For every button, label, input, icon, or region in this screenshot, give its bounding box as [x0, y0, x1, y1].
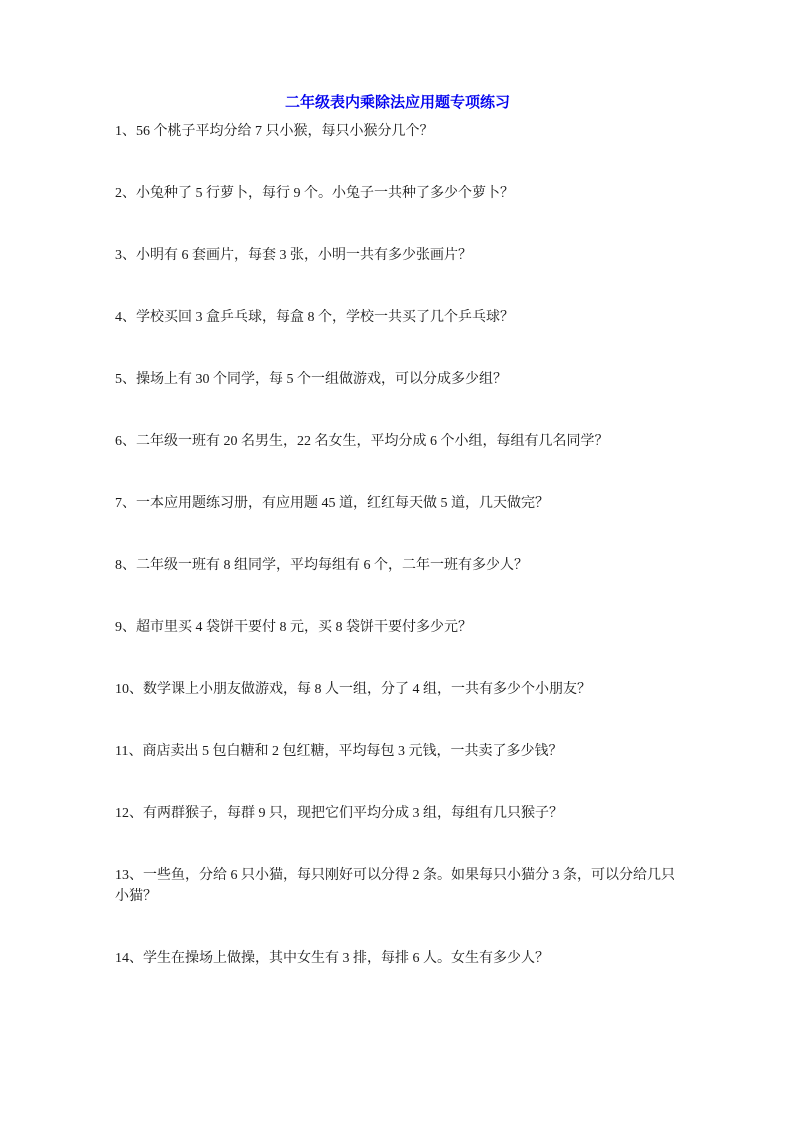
document-page: 二年级表内乘除法应用题专项练习 1、56 个桃子平均分给 7 只小猴，每只小猴分…: [0, 0, 793, 1122]
question-8: 8、二年级一班有 8 组同学，平均每组有 6 个，二年一班有多少人？: [115, 555, 680, 576]
question-14: 14、学生在操场上做操，其中女生有 3 排，每排 6 人。女生有多少人？: [115, 948, 680, 969]
question-2: 2、小兔种了 5 行萝卜，每行 9 个。小兔子一共种了多少个萝卜？: [115, 183, 680, 204]
question-4: 4、学校买回 3 盒乒乓球，每盒 8 个，学校一共买了几个乒乓球？: [115, 307, 680, 328]
question-5: 5、操场上有 30 个同学，每 5 个一组做游戏，可以分成多少组？: [115, 369, 680, 390]
document-title: 二年级表内乘除法应用题专项练习: [115, 93, 680, 114]
question-13: 13、一些鱼，分给 6 只小猫，每只刚好可以分得 2 条。如果每只小猫分 3 条…: [115, 865, 680, 907]
question-11: 11、商店卖出 5 包白糖和 2 包红糖，平均每包 3 元钱，一共卖了多少钱？: [115, 741, 680, 762]
question-10: 10、数学课上小朋友做游戏，每 8 人一组，分了 4 组，一共有多少个小朋友？: [115, 679, 680, 700]
question-7: 7、一本应用题练习册，有应用题 45 道，红红每天做 5 道，几天做完？: [115, 493, 680, 514]
question-1: 1、56 个桃子平均分给 7 只小猴，每只小猴分几个？: [115, 121, 680, 142]
question-9: 9、超市里买 4 袋饼干要付 8 元，买 8 袋饼干要付多少元？: [115, 617, 680, 638]
question-12: 12、有两群猴子，每群 9 只，现把它们平均分成 3 组，每组有几只猴子？: [115, 803, 680, 824]
question-6: 6、二年级一班有 20 名男生，22 名女生，平均分成 6 个小组，每组有几名同…: [115, 431, 680, 452]
question-3: 3、小明有 6 套画片，每套 3 张，小明一共有多少张画片？: [115, 245, 680, 266]
